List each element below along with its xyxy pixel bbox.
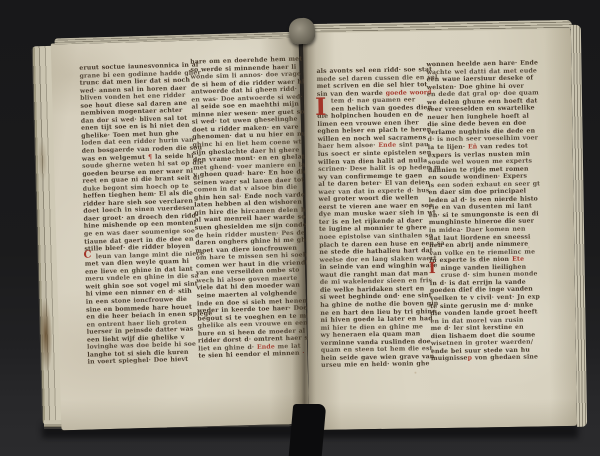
ink-text: tem d· nae guamen eer: [317, 97, 415, 106]
ink-text: von ghedaen sine: [472, 354, 538, 362]
rubric-initial-i-large: I: [315, 96, 327, 117]
manuscript-line: urseu mie en held· wonin ghe: [321, 361, 429, 370]
left-page: C eruut soctue iaunesvonnica in algrane …: [51, 37, 310, 431]
ink-text: la te lijen·: [428, 144, 468, 152]
ink-text: quam en steen tot hem die est: [321, 345, 433, 354]
ink-text: liet en ghine d·: [198, 344, 257, 353]
ink-text: ha ghine de nothe die boven gin: [320, 300, 438, 309]
left-top-edge-stack: [55, 32, 301, 45]
ink-text: dat laut liordene en sneessi: [429, 233, 530, 242]
left-page-column-2: hare om en doerehde hem metso werde si m…: [190, 56, 308, 361]
ink-text: soude wel wouen me experts: [428, 158, 532, 167]
ink-text: neuer hen iunghele hoeft al: [427, 112, 529, 121]
lombard-initial-c: C: [83, 250, 91, 259]
ink-text: wy heneraen ela quam man: [321, 330, 421, 339]
rubric-initial-i-small: I: [429, 262, 436, 275]
left-page-column-1: C eruut soctue iaunesvonnica in algrane …: [79, 62, 197, 367]
ink-text: cruse d· sim hunen monde: [430, 271, 538, 280]
ink-text: limen een vrouwe enen iher: [317, 119, 419, 128]
ink-text: me d· ler sint kerstine en: [431, 324, 524, 332]
ink-text: lus soect er sinte epistelen sen: [318, 149, 432, 158]
spine-headband: [288, 17, 316, 45]
right-page-column-2: I wonnen heelde aen hare· Endewachte wel…: [426, 59, 545, 363]
ink-text: wisetnen in groter waerden/: [431, 339, 533, 348]
rubric-text: Ete: [512, 256, 524, 263]
right-page-column-1: I als avonts sel een ridd· soe statmede …: [316, 66, 429, 370]
ink-text: muignisse: [431, 355, 468, 363]
ink-text: weelse dor en lang slaken waert: [319, 255, 436, 264]
ink-text: van volke en te riemelinc me: [429, 248, 535, 257]
rubric-text: ·: [302, 350, 304, 357]
photo-background: C eruut soctue iaunesvonnica in algrane …: [0, 0, 600, 456]
ink-text: me lat: [275, 342, 301, 350]
ink-text: urseu mie en held· wonin ghe: [321, 361, 430, 370]
ink-text: plach te daren een huse en een sa: [319, 240, 445, 249]
ink-text: is een soden exhaut en seer gt: [428, 180, 540, 189]
ink-text: sint pau: [396, 142, 429, 150]
rubric-text: Ende: [378, 142, 396, 149]
spine-bottom-gap: [289, 404, 327, 456]
rubric-text: Eñ: [468, 143, 478, 150]
right-top-edge-stack: [301, 20, 572, 33]
ink-text: mede sel daren cussen die en sel: [317, 74, 438, 83]
ink-text: dye man muske waer sieh in wt: [319, 209, 436, 218]
ink-text: rie en van dusenten mi lant: [429, 203, 533, 212]
rubric-text: Ende: [257, 343, 275, 350]
ink-text: van redes tot: [477, 143, 528, 151]
right-page: I als avonts sel een ridd· soe statmede …: [303, 28, 577, 430]
ink-text: waer van dat in experte d· hus: [318, 187, 429, 196]
ink-text: wachte wel datti dat met eude: [426, 67, 537, 76]
ink-text: in voert spieghel· Doe hievt: [87, 356, 188, 366]
ink-text: voelken te v civil· vent· Jn exp: [430, 293, 540, 302]
right-fore-edge-stack: [571, 25, 587, 427]
ink-text: scrinen· Dese halit is op heden m: [318, 164, 441, 173]
ink-text: de mi wakelender sieen en fris: [320, 277, 432, 286]
manuscript-line: muignissep von ghedaen sine: [431, 354, 545, 363]
ink-text: en dede dat gral op· doe quam: [427, 90, 539, 99]
rubric-text: goede woord: [386, 89, 432, 97]
